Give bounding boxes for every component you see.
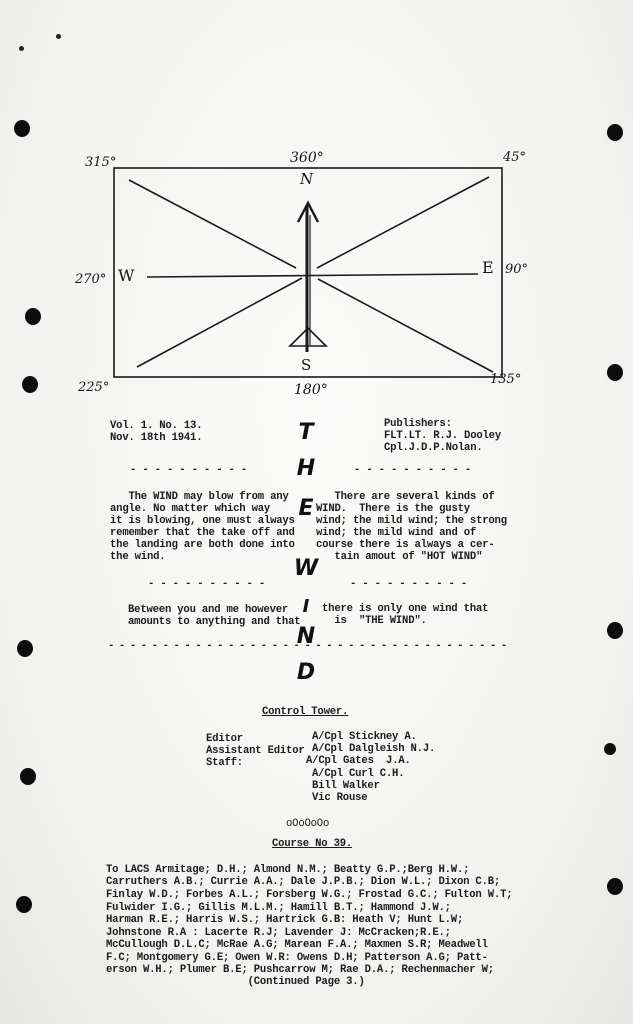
staff-name: A/Cpl Dalgleish N.J. [312, 743, 435, 755]
masthead-letter-e: E [298, 496, 313, 521]
course-title: Course No 39. [272, 838, 352, 850]
text-line: the landing are both done into [110, 539, 295, 551]
closing-left-line: Between you and me however [128, 604, 288, 616]
degree-label-225: 225° [78, 380, 109, 395]
punch-hole [16, 896, 32, 913]
staff-role: Staff: [206, 757, 243, 769]
compass-north: N [300, 170, 313, 188]
staff-name: A/Cpl Curl C.H. [312, 768, 404, 780]
degree-label-90: 90° [505, 262, 528, 277]
course-line: F.C; Montgomery G.E; Owen W.R: Owens D.H… [106, 952, 488, 964]
compass-east: E [482, 258, 494, 277]
punch-hole [607, 878, 623, 895]
closing-right-line: is "THE WIND". [322, 615, 427, 627]
compass-west: W [118, 266, 134, 285]
course-line: McCullough D.L.C; McRae A.G; Marean F.A.… [106, 939, 488, 951]
text-line: There are several kinds of [316, 491, 495, 503]
wind-direction-diagram [0, 0, 633, 410]
publishers-label: Publishers: [384, 418, 452, 430]
text-line: WIND. There is the gusty [316, 503, 470, 515]
course-line: erson W.H.; Plumer B.E; Pushcarrow M; Ra… [106, 964, 494, 976]
course-line: Harman R.E.; Harris W.S.; Hartrick G.B: … [106, 914, 463, 926]
divider-dashes: - - - - - - - - - - [350, 578, 467, 590]
masthead-letter-h: H [297, 456, 315, 481]
text-line: course there is always a cer- [316, 539, 495, 551]
punch-hole [607, 622, 623, 639]
document-page: 315° 360° 45° 270° 90° 225° 180° 135° N … [0, 0, 633, 1024]
text-line: tain amout of "HOT WIND" [316, 551, 482, 563]
staff-name: A/Cpl Stickney A. [312, 731, 417, 743]
course-line: Carruthers A.B.; Currie A.A.; Dale J.P.B… [106, 876, 500, 888]
staff-name: Bill Walker [312, 780, 380, 792]
course-line: Fulwider I.G.; Gillis M.L.M.; Hamill B.T… [106, 902, 451, 914]
closing-left-line: amounts to anything and that [128, 616, 300, 628]
course-line: Finlay W.D.; Forbes A.L.; Forsberg W.G.;… [106, 889, 512, 901]
punch-hole [20, 768, 36, 785]
control-tower-title: Control Tower. [262, 706, 348, 718]
punch-hole [17, 640, 33, 657]
masthead-letter-i: I [303, 596, 310, 617]
section-separator: oOoOoOo [286, 818, 329, 830]
masthead-letter-t: T [298, 420, 313, 445]
continued-note: (Continued Page 3.) [106, 976, 365, 988]
text-line: it is blowing, one must always [110, 515, 295, 527]
course-line: Johnstone R.A : Lacerte R.J; Lavender J:… [106, 927, 451, 939]
degree-label-270: 270° [75, 272, 106, 287]
text-line: remember that the take off and [110, 527, 295, 539]
volume-number: Vol. 1. No. 13. [110, 420, 202, 432]
masthead-letter-w: W [294, 556, 318, 581]
degree-label-45: 45° [503, 150, 526, 165]
staff-name: A/Cpl Gates J.A. [306, 755, 411, 767]
publisher-1: FLT.LT. R.J. Dooley [384, 430, 501, 442]
text-line: wind; the mild wind; the strong [316, 515, 507, 527]
staff-role: Editor [206, 733, 243, 745]
divider-dashes: - - - - - - - - - - [148, 578, 265, 590]
divider-dashes: - - - - - - - - - - [130, 464, 247, 476]
closing-right-line: there is only one wind that [322, 603, 488, 615]
degree-label-360: 360° [290, 150, 324, 166]
degree-label-315: 315° [85, 155, 116, 170]
text-line: the wind. [110, 551, 165, 563]
divider-dashes: - - - - - - - - - - [354, 464, 471, 476]
text-line: angle. No matter which way [110, 503, 270, 515]
compass-south: S [301, 356, 311, 374]
publisher-2: Cpl.J.D.P.Nolan. [384, 442, 483, 454]
course-line: To LACS Armitage; D.H.; Almond N.M.; Bea… [106, 864, 469, 876]
text-line: wind; the mild wind and of [316, 527, 476, 539]
degree-label-180: 180° [294, 382, 328, 398]
staff-name: Vic Rouse [312, 792, 367, 804]
divider-dashes-long: - - - - - - - - - - - - - - - - - - - - … [108, 640, 506, 652]
masthead-letter-d: D [297, 660, 315, 685]
text-line: The WIND may blow from any [110, 491, 289, 503]
degree-label-135: 135° [490, 372, 521, 387]
issue-date: Nov. 18th 1941. [110, 432, 202, 444]
staff-role: Assistant Editor [206, 745, 305, 757]
punch-hole [604, 743, 616, 755]
